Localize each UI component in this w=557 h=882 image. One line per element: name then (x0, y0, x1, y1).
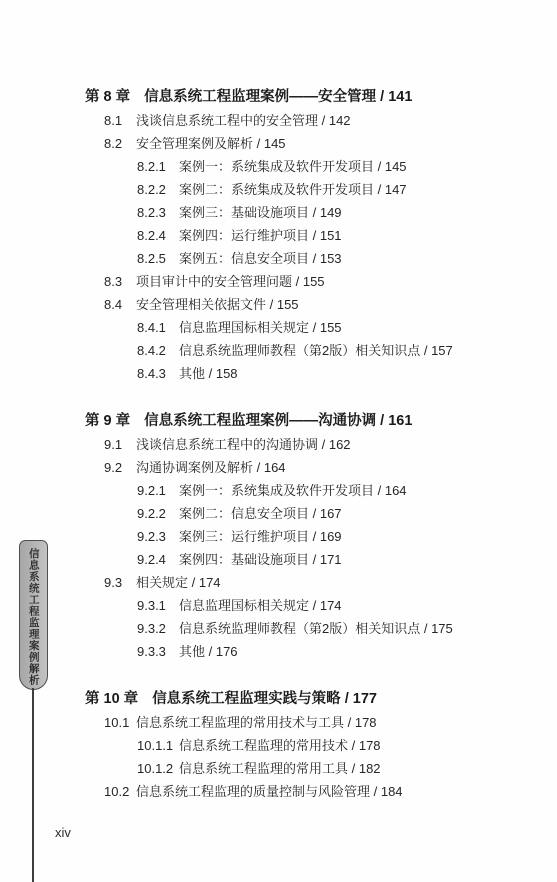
toc-entry-page-ref: / 145 (374, 155, 407, 178)
toc-entry: 9.3.1信息监理国标相关规定 / 174 (0, 594, 557, 617)
toc-entry-number: 8.2.2 (137, 178, 179, 201)
toc-entry-number: 8.2.1 (137, 155, 179, 178)
toc-entry: 8.2.4案例四：运行维护项目 / 151 (0, 224, 557, 247)
toc-entry-number: 9.2.4 (137, 548, 179, 571)
toc-entry-page-ref: / 157 (420, 339, 453, 362)
toc-entry-number: 10.2 (104, 780, 136, 803)
toc-entry-page-ref: / 178 (344, 711, 377, 734)
toc-entry-page-ref: / 151 (309, 224, 342, 247)
chapter-heading: 第 10 章信息系统工程监理实践与策略 / 177 (0, 688, 557, 711)
toc-entry: 8.4.3其他 / 158 (0, 362, 557, 385)
toc-entry-title: 信息系统工程监理的常用工具 (179, 757, 348, 780)
toc-entry-page-ref: / 164 (253, 456, 286, 479)
toc-entry: 9.2.3案例三：运行维护项目 / 169 (0, 525, 557, 548)
toc-chapter: 第 10 章信息系统工程监理实践与策略 / 17710.1信息系统工程监理的常用… (0, 688, 557, 803)
toc-entry-title: 案例一：系统集成及软件开发项目 (179, 155, 374, 178)
toc-entry-number: 10.1.2 (137, 757, 179, 780)
toc-entry-title: 案例四：基础设施项目 (179, 548, 309, 571)
toc-entry-number: 8.1 (104, 109, 136, 132)
toc-entry-number: 9.1 (104, 433, 136, 456)
chapter-page-ref: / 177 (341, 691, 377, 707)
toc-entry: 9.2.2案例二：信息安全项目 / 167 (0, 502, 557, 525)
toc-entry-number: 10.1 (104, 711, 136, 734)
toc-chapter: 第 9 章信息系统工程监理案例——沟通协调 / 1619.1浅谈信息系统工程中的… (0, 410, 557, 663)
toc-entry-page-ref: / 175 (420, 617, 453, 640)
toc-entry: 10.1.2信息系统工程监理的常用工具 / 182 (0, 757, 557, 780)
toc-entry-number: 8.3 (104, 270, 136, 293)
toc-entry-number: 9.3 (104, 571, 136, 594)
toc-entry: 8.2.3案例三：基础设施项目 / 149 (0, 201, 557, 224)
chapter-heading: 第 8 章信息系统工程监理案例——安全管理 / 141 (0, 86, 557, 109)
toc-entry-page-ref: / 178 (348, 734, 381, 757)
toc-entry-title: 案例二：系统集成及软件开发项目 (179, 178, 374, 201)
toc-entry-title: 信息系统工程监理的常用技术 (179, 734, 348, 757)
chapter-title: 信息系统工程监理案例——沟通协调 (144, 413, 376, 429)
toc-entry-title: 项目审计中的安全管理问题 (136, 270, 292, 293)
chapter-heading: 第 9 章信息系统工程监理案例——沟通协调 / 161 (0, 410, 557, 433)
toc-entry-number: 8.4 (104, 293, 136, 316)
toc-entry-title: 案例一：系统集成及软件开发项目 (179, 479, 374, 502)
chapter-page-ref: / 141 (376, 89, 412, 105)
toc-entry: 8.4.1信息监理国标相关规定 / 155 (0, 316, 557, 339)
toc-entry-number: 9.2.3 (137, 525, 179, 548)
chapter-label: 第 10 章 (85, 691, 138, 707)
toc-entry-number: 8.2.3 (137, 201, 179, 224)
toc-entry-title: 案例二：信息安全项目 (179, 502, 309, 525)
toc-entry-title: 信息监理国标相关规定 (179, 594, 309, 617)
toc-entry: 8.2.5案例五：信息安全项目 / 153 (0, 247, 557, 270)
toc-entry-page-ref: / 149 (309, 201, 342, 224)
toc-entry-number: 8.4.3 (137, 362, 179, 385)
toc-entry-number: 9.2.1 (137, 479, 179, 502)
toc-entry-page-ref: / 167 (309, 502, 342, 525)
toc-entry-page-ref: / 158 (205, 362, 238, 385)
toc-entry: 9.3.3其他 / 176 (0, 640, 557, 663)
toc-entry-title: 案例三：基础设施项目 (179, 201, 309, 224)
toc-entry-page-ref: / 169 (309, 525, 342, 548)
toc-entry: 8.4.2信息系统监理师教程（第2版）相关知识点 / 157 (0, 339, 557, 362)
book-page: 信息系统工程监理案例解析 第 8 章信息系统工程监理案例——安全管理 / 141… (0, 0, 557, 882)
toc-entry-number: 9.3.3 (137, 640, 179, 663)
toc-entry-title: 案例四：运行维护项目 (179, 224, 309, 247)
toc-entry: 8.2.2案例二：系统集成及软件开发项目 / 147 (0, 178, 557, 201)
toc-entry-title: 安全管理案例及解析 (136, 132, 253, 155)
toc-entry-page-ref: / 182 (348, 757, 381, 780)
toc-entry-number: 8.4.1 (137, 316, 179, 339)
chapter-label: 第 8 章 (85, 89, 130, 105)
toc-entry-title: 安全管理相关依据文件 (136, 293, 266, 316)
toc-entry-page-ref: / 145 (253, 132, 286, 155)
page-number: xiv (55, 825, 71, 840)
toc-entry-page-ref: / 174 (188, 571, 221, 594)
toc-entry: 10.1信息系统工程监理的常用技术与工具 / 178 (0, 711, 557, 734)
toc-entry-title: 浅谈信息系统工程中的安全管理 (136, 109, 318, 132)
toc-entry-title: 信息系统监理师教程（第2版）相关知识点 (179, 617, 420, 640)
toc-chapter: 第 8 章信息系统工程监理案例——安全管理 / 1418.1浅谈信息系统工程中的… (0, 86, 557, 385)
toc-entry-page-ref: / 153 (309, 247, 342, 270)
toc-entry-title: 信息监理国标相关规定 (179, 316, 309, 339)
toc-entry: 9.1浅谈信息系统工程中的沟通协调 / 162 (0, 433, 557, 456)
toc-entry: 9.3.2信息系统监理师教程（第2版）相关知识点 / 175 (0, 617, 557, 640)
toc-entry: 9.2沟通协调案例及解析 / 164 (0, 456, 557, 479)
chapter-label: 第 9 章 (85, 413, 130, 429)
chapter-title: 信息系统工程监理案例——安全管理 (144, 89, 376, 105)
toc-entry-title: 案例五：信息安全项目 (179, 247, 309, 270)
toc-entry-number: 9.2 (104, 456, 136, 479)
toc-entry-page-ref: / 155 (266, 293, 299, 316)
toc-entry-page-ref: / 142 (318, 109, 351, 132)
toc-entry-number: 8.2.5 (137, 247, 179, 270)
toc-entry-title: 信息系统监理师教程（第2版）相关知识点 (179, 339, 420, 362)
toc-entry-title: 信息系统工程监理的常用技术与工具 (136, 711, 344, 734)
toc-entry-number: 9.2.2 (137, 502, 179, 525)
toc-entry-title: 其他 (179, 362, 205, 385)
chapter-title: 信息系统工程监理实践与策略 (152, 691, 341, 707)
toc-entry-title: 其他 (179, 640, 205, 663)
toc-entry-title: 信息系统工程监理的质量控制与风险管理 (136, 780, 370, 803)
toc-entry: 10.1.1信息系统工程监理的常用技术 / 178 (0, 734, 557, 757)
toc-entry-title: 相关规定 (136, 571, 188, 594)
toc-entry-page-ref: / 164 (374, 479, 407, 502)
toc-entry-number: 9.3.1 (137, 594, 179, 617)
toc-entry-page-ref: / 155 (309, 316, 342, 339)
toc-entry-number: 8.2.4 (137, 224, 179, 247)
toc-entry-number: 10.1.1 (137, 734, 179, 757)
toc-entry: 9.3相关规定 / 174 (0, 571, 557, 594)
toc-entry-page-ref: / 174 (309, 594, 342, 617)
toc-entry-page-ref: / 171 (309, 548, 342, 571)
toc-entry: 8.2安全管理案例及解析 / 145 (0, 132, 557, 155)
toc-entry: 8.2.1案例一：系统集成及软件开发项目 / 145 (0, 155, 557, 178)
toc-entry-page-ref: / 176 (205, 640, 238, 663)
toc-entry-number: 8.2 (104, 132, 136, 155)
toc-entry-number: 8.4.2 (137, 339, 179, 362)
toc-entry-page-ref: / 184 (370, 780, 403, 803)
toc-entry-number: 9.3.2 (137, 617, 179, 640)
toc-entry: 8.3项目审计中的安全管理问题 / 155 (0, 270, 557, 293)
table-of-contents: 第 8 章信息系统工程监理案例——安全管理 / 1418.1浅谈信息系统工程中的… (0, 86, 557, 803)
toc-entry: 10.2信息系统工程监理的质量控制与风险管理 / 184 (0, 780, 557, 803)
toc-entry-title: 案例三：运行维护项目 (179, 525, 309, 548)
toc-entry: 8.1浅谈信息系统工程中的安全管理 / 142 (0, 109, 557, 132)
toc-entry-page-ref: / 162 (318, 433, 351, 456)
toc-entry: 8.4安全管理相关依据文件 / 155 (0, 293, 557, 316)
toc-entry-page-ref: / 147 (374, 178, 407, 201)
toc-entry: 9.2.4案例四：基础设施项目 / 171 (0, 548, 557, 571)
toc-entry: 9.2.1案例一：系统集成及软件开发项目 / 164 (0, 479, 557, 502)
toc-entry-page-ref: / 155 (292, 270, 325, 293)
toc-entry-title: 沟通协调案例及解析 (136, 456, 253, 479)
toc-entry-title: 浅谈信息系统工程中的沟通协调 (136, 433, 318, 456)
chapter-page-ref: / 161 (376, 413, 412, 429)
